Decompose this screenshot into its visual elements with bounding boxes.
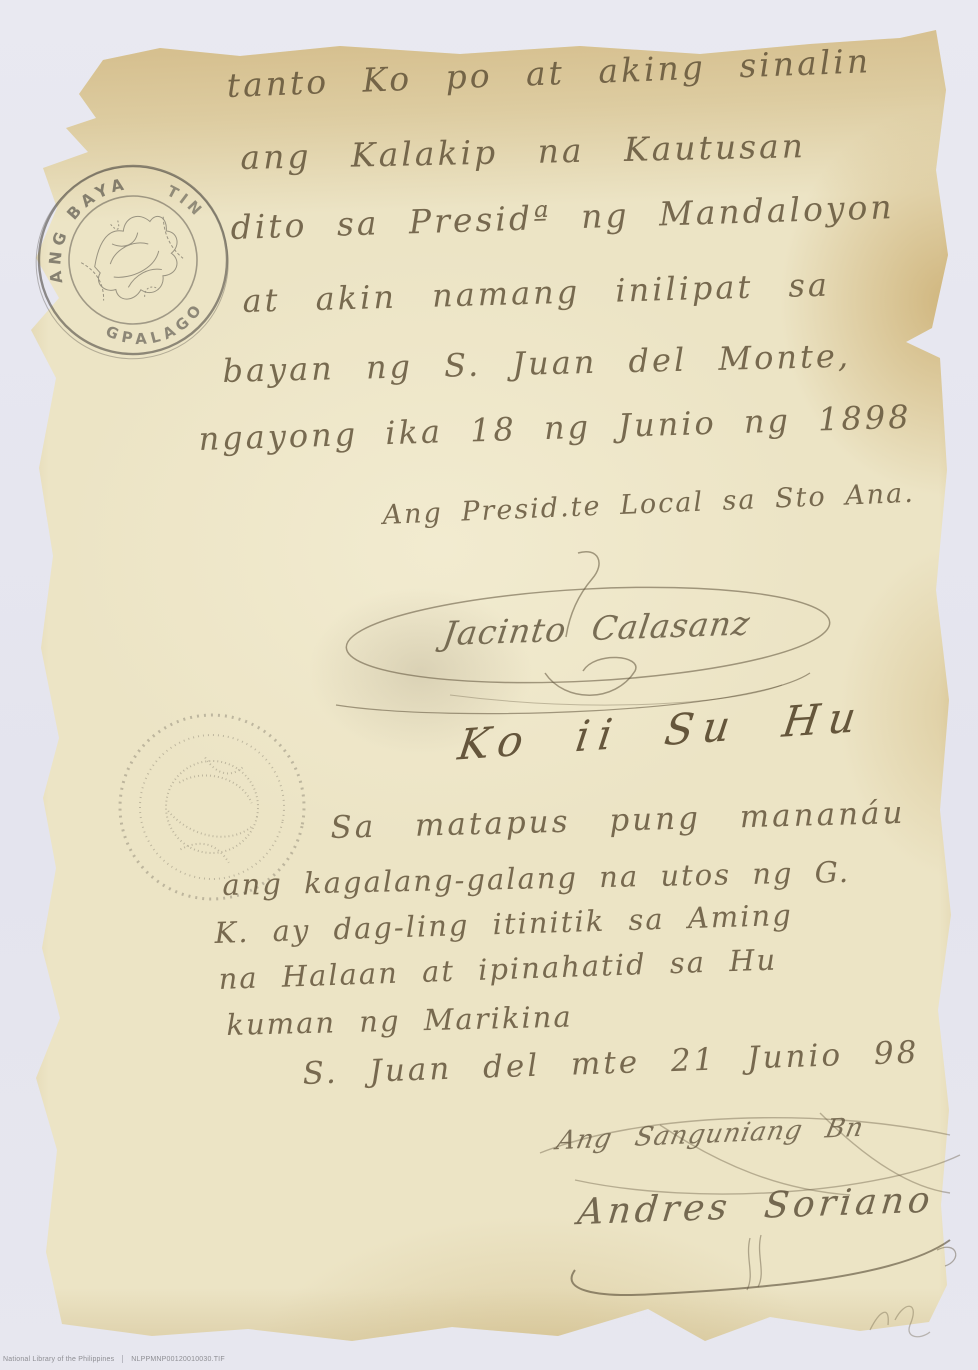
stamp-arc-top-text: ANG BAYA (26, 169, 158, 291)
footer-divider (122, 1355, 123, 1363)
round-stamp-top: ANG BAYA TIN GPALAGO (26, 158, 240, 362)
lower-stamp-inner-ring (157, 752, 266, 861)
eagle-emblem (72, 200, 194, 316)
footer-filename-label: NLPPMNP00120010030.TIF (131, 1356, 225, 1363)
scan-background: ANG BAYA TIN GPALAGO tanto Ko (0, 0, 978, 1370)
archive-footer: National Library of the Philippines NLPP… (3, 1355, 225, 1363)
footer-source-label: National Library of the Philippines (3, 1356, 114, 1363)
lower-stamp-speckle (160, 752, 264, 866)
svg-text:ANG BAYA: ANG BAYA (26, 169, 158, 291)
